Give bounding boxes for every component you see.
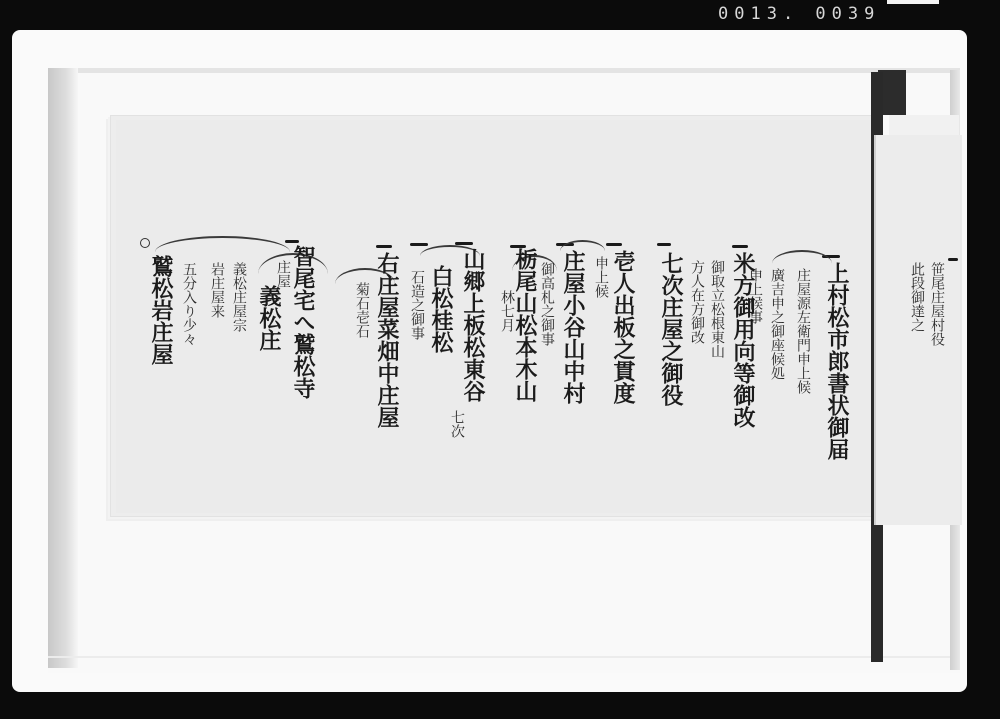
handwritten-column: 岩庄屋来: [210, 262, 224, 492]
handwritten-column: 七次庄屋之御役: [660, 252, 682, 502]
handwritten-column: 林七月: [500, 290, 514, 380]
handwritten-column: 義松庄屋宗: [232, 262, 246, 492]
handwritten-column: 庄屋小谷山中村: [562, 250, 584, 490]
handwritten-column: 申上候: [594, 256, 608, 336]
handwritten-column: 七次: [450, 410, 464, 470]
item-marker: [376, 245, 392, 248]
handwritten-column: 廣吉申之御座候処: [770, 268, 784, 498]
handwritten-column: 義松庄: [258, 285, 280, 365]
handwritten-column: 上村松市郎書状御届: [826, 262, 848, 512]
handwritten-column: 菊石壱石: [355, 282, 369, 392]
film-edge-tab: [887, 0, 939, 4]
handwritten-column: 御取立松根東山: [710, 260, 724, 500]
handwritten-column: 智尾宅へ鷲松寺: [292, 245, 314, 515]
frame-number: 0013. 0039: [718, 4, 880, 24]
item-marker: [410, 243, 428, 246]
circle-mark: [140, 238, 150, 248]
handwritten-column: 庄屋源左衛門申上候: [796, 268, 810, 508]
handwritten-column: 此段御達之: [910, 262, 924, 442]
mount-left-shadow: [48, 68, 78, 668]
handwritten-column: 壱人出板之貫度: [612, 250, 634, 490]
handwritten-column: 方人在方御改: [690, 260, 704, 400]
handwritten-column: 五分入り少々: [182, 262, 196, 502]
item-marker: [948, 258, 958, 261]
adjacent-page-top: [889, 115, 959, 135]
mount-bottom-edge: [48, 656, 960, 658]
handwritten-column: 石造之御事: [410, 270, 424, 400]
handwritten-column: 山郷上板松東谷: [462, 248, 484, 478]
handwritten-column: 笹尾庄屋村役: [930, 262, 944, 502]
handwritten-column: 右庄屋菜畑中庄屋: [376, 252, 398, 502]
item-marker: [657, 243, 671, 246]
handwritten-column: 鷲松岩庄屋: [150, 255, 172, 455]
handwritten-column: 御高札之御事: [540, 262, 554, 442]
handwritten-column: 白松桂松: [430, 265, 452, 365]
item-marker: [285, 240, 299, 243]
handwritten-column: 米方御用向等御改: [732, 252, 754, 512]
item-marker: [606, 243, 622, 246]
item-marker: [732, 245, 748, 248]
handwritten-column: 栃尾山松本木山: [514, 248, 536, 468]
